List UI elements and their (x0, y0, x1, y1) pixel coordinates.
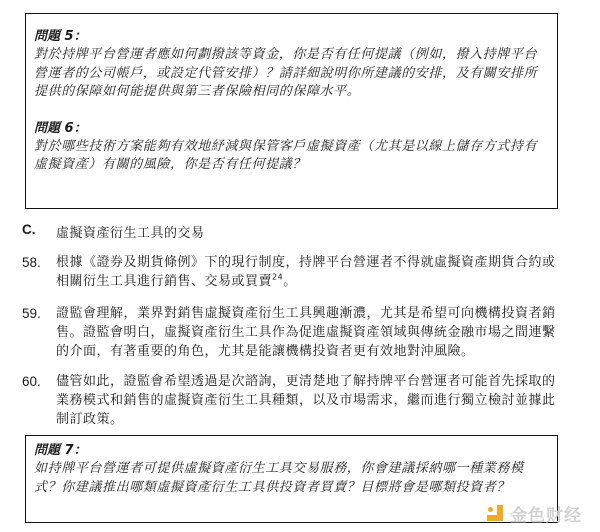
question-5-title: 問題 5： (34, 28, 547, 46)
paragraph-58: 58. 根據《證券及期貨條例》下的現行制度，持牌平台營運者不得就虛擬資產期貨合約… (22, 253, 567, 291)
paragraph-text: 根據《證券及期貨條例》下的現行制度，持牌平台營運者不得就虛擬資產期貨合約或相關衍… (56, 253, 567, 291)
section-title: 虛擬資產衍生工具的交易 (56, 222, 205, 241)
footnote-ref[interactable]: 24 (272, 273, 283, 282)
paragraph-text: 證監會理解，業界對銷售虛擬資產衍生工具興趣漸濃，尤其是希望可向機構投資者銷售。證… (56, 304, 567, 361)
paragraph-58-body: 根據《證券及期貨條例》下的現行制度，持牌平台營運者不得就虛擬資產期貨合約或相關衍… (56, 255, 556, 289)
question-6-body: 對於哪些技術方案能夠有效地紓減與保管客戶虛擬資產（尤其是以線上儲存方式持有虛擬資… (34, 138, 547, 175)
question-box-5-6: 問題 5： 對於持牌平台營運者應如何劃撥該等資金，你是否有任何提議（例如，撥入持… (25, 13, 558, 209)
section-letter: C. (22, 222, 56, 241)
paragraph-number: 58. (22, 253, 56, 291)
paragraph-60: 60. 儘管如此，證監會希望透過是次諮詢，更清楚地了解持牌平台營運者可能首先採取… (22, 372, 567, 429)
watermark-text: 金色财经 (510, 501, 582, 526)
watermark: 金色财经 (485, 500, 582, 526)
question-6-title: 問題 6： (34, 120, 547, 138)
paragraph-59: 59. 證監會理解，業界對銷售虛擬資產衍生工具興趣漸濃，尤其是希望可向機構投資者… (22, 304, 567, 361)
question-5-body: 對於持牌平台營運者應如何劃撥該等資金，你是否有任何提議（例如，撥入持牌平台營運者… (34, 46, 547, 102)
paragraph-text: 儘管如此，證監會希望透過是次諮詢，更清楚地了解持牌平台營運者可能首先採取的業務模… (56, 372, 567, 429)
question-box-7: 問題 7： 如持牌平台營運者可提供虛擬資產衍生工具交易服務，你會建議採納哪一種業… (25, 435, 558, 523)
jinse-logo-icon (485, 503, 505, 523)
paragraph-number: 59. (22, 304, 56, 361)
question-7-title: 問題 7： (34, 442, 547, 460)
section-heading: C. 虛擬資產衍生工具的交易 (22, 222, 205, 241)
question-7-body: 如持牌平台營運者可提供虛擬資產衍生工具交易服務，你會建議採納哪一種業務模式？你建… (34, 460, 547, 497)
paragraph-58-tail: 。 (283, 274, 297, 289)
paragraph-number: 60. (22, 372, 56, 429)
